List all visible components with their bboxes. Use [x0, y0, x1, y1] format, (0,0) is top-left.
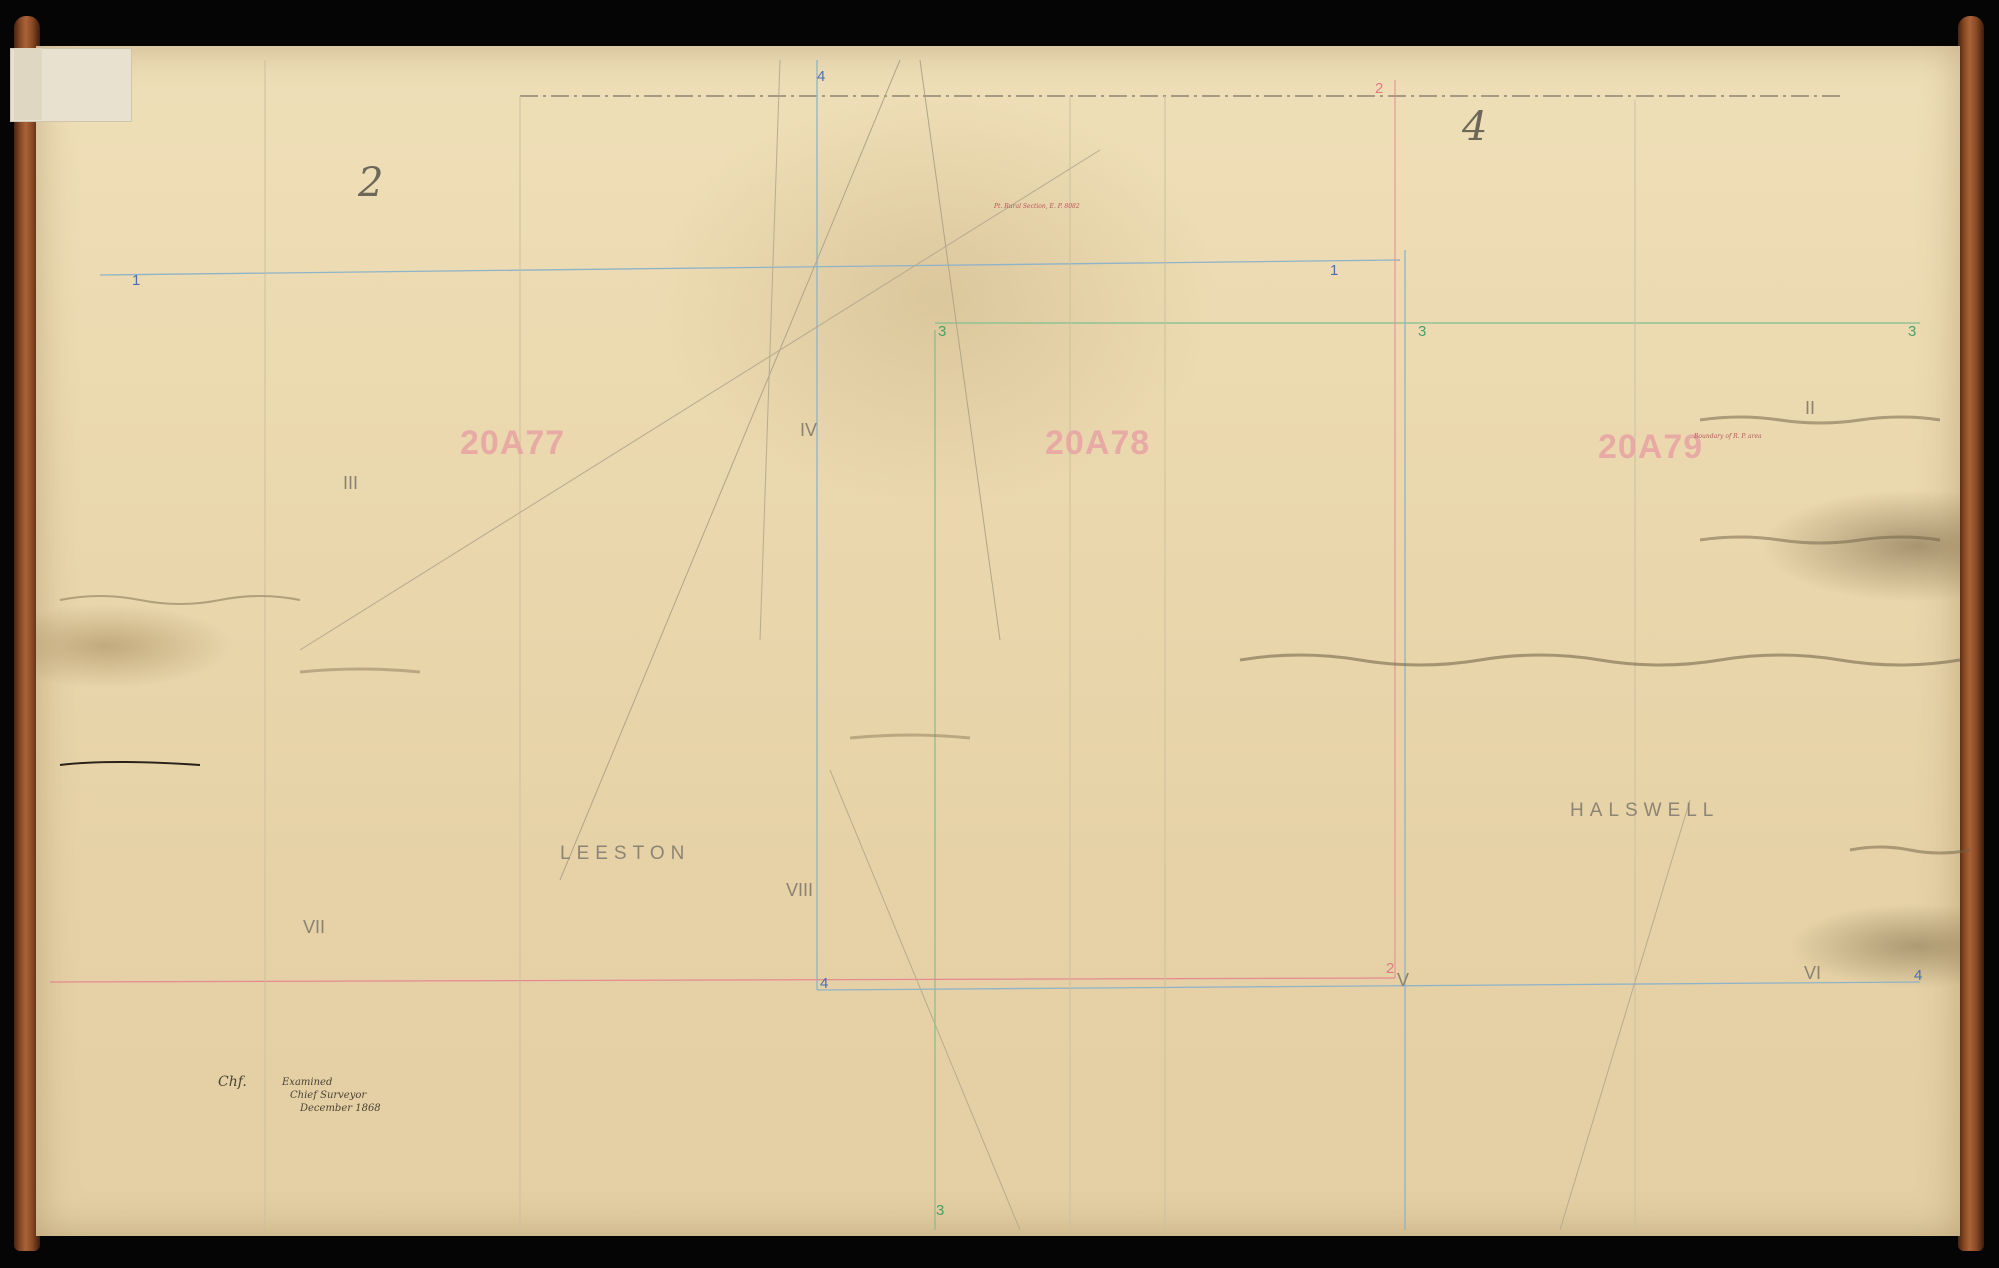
- roman-numeral-iv: IV: [800, 420, 817, 441]
- signature-initials: Chf.: [218, 1076, 247, 1089]
- grid-corner-red: 2: [1375, 80, 1383, 97]
- signature-block: Examined Chief Surveyor December 1868: [282, 1076, 381, 1115]
- place-name-leeston: LEESTON: [560, 843, 690, 865]
- roman-numeral-vii: VII: [303, 917, 325, 938]
- grid-corner-blue: 4: [820, 975, 828, 992]
- roman-numeral-viii: VIII: [786, 880, 813, 901]
- sheet-number-20a77: 20A77: [460, 424, 565, 463]
- signature-line: Chief Surveyor: [282, 1089, 381, 1102]
- sheet-number-20a78: 20A78: [1045, 424, 1150, 463]
- grid-corner-blue: 4: [817, 68, 825, 85]
- annotation-boundary: Boundary of R. P. area: [1694, 433, 1762, 440]
- grid-corner-green: 3: [1418, 323, 1426, 340]
- grid-corner-blue: 1: [132, 272, 140, 289]
- annotation-rural-section: Pt. Rural Section, E. P. 8082: [994, 203, 1080, 210]
- sheet-number-20a79: 20A79: [1598, 428, 1703, 467]
- place-name-halswell: HALSWELL: [1570, 800, 1719, 822]
- grid-corner-green: 3: [1908, 323, 1916, 340]
- grid-corner-blue: 4: [1914, 967, 1922, 984]
- roman-numeral-v: V: [1397, 970, 1409, 991]
- signature-line: December 1868: [282, 1102, 381, 1115]
- pencil-mark-4: 4: [1462, 104, 1487, 150]
- signature-line: Examined: [282, 1076, 381, 1089]
- grid-corner-green: 3: [936, 1202, 944, 1219]
- roman-numeral-vi: VI: [1804, 963, 1821, 984]
- grid-corner-blue: 1: [1330, 262, 1338, 279]
- roman-numeral-iii: III: [343, 473, 358, 494]
- grid-corner-green: 3: [938, 323, 946, 340]
- grid-corner-red: 2: [1386, 960, 1394, 977]
- pencil-mark-2: 2: [358, 160, 383, 206]
- roman-numeral-ii: II: [1805, 398, 1815, 419]
